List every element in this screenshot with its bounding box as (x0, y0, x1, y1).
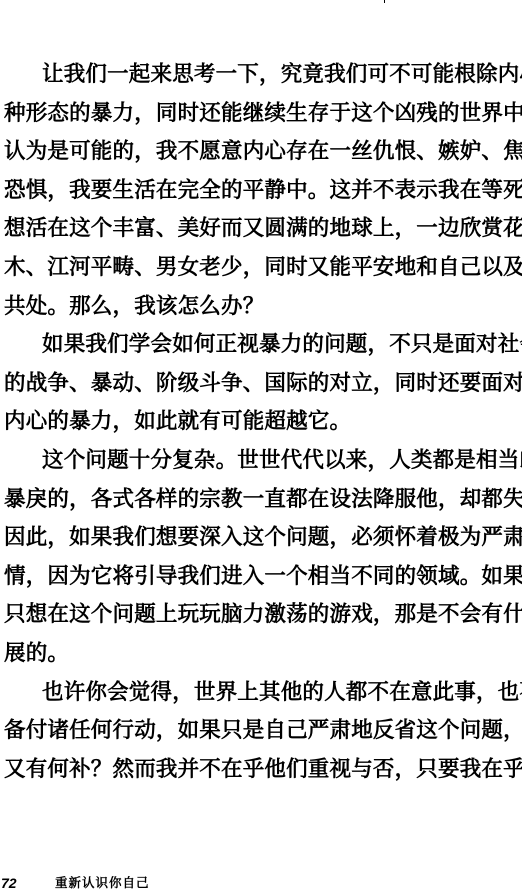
text-line: 如果我们学会如何正视暴力的问题，不只是面对社会上 (4, 326, 520, 365)
text-line: 这个问题十分复杂。世世代代以来，人类都是相当凶残 (4, 442, 520, 481)
text-line: 又有何补？然而我并不在乎他们重视与否，只要我在乎就已 (4, 751, 520, 790)
text-line: 木、江河平畴、男女老少，同时又能平安地和自己以及世界 (4, 249, 520, 288)
text-line: 只想在这个问题上玩玩脑力激荡的游戏，那是不会有什么进 (4, 596, 520, 635)
text-line: 让我们一起来思考一下，究竟我们可不可能根除内心各 (4, 56, 520, 95)
text-line: 情，因为它将引导我们进入一个相当不同的领域。如果我们 (4, 558, 520, 597)
page-footer: 72 重新认识你自己 (0, 874, 522, 892)
text-line: 暴戾的，各式各样的宗教一直都在设法降服他，却都失败了。 (4, 481, 520, 520)
text-line: 也许你会觉得，世界上其他的人都不在意此事，也不准 (4, 674, 520, 713)
text-line: 因此，如果我们想要深入这个问题，必须怀着极为严肃的心 (4, 519, 520, 558)
text-line: 内心的暴力，如此就有可能超越它。 (4, 403, 520, 442)
text-line: 恐惧，我要生活在完全的平静中。这并不表示我在等死，我 (4, 172, 520, 211)
text-line: 共处。那么，我该怎么办？ (4, 288, 520, 327)
page-number: 72 (1, 874, 17, 892)
text-line: 认为是可能的，我不愿意内心存在一丝仇恨、嫉妒、焦虑或 (4, 133, 520, 172)
text-line: 备付诸任何行动，如果只是自己严肃地反省这个问题，于事 (4, 712, 520, 751)
text-line: 种形态的暴力，同时还能继续生存于这个凶残的世界中。我 (4, 95, 520, 134)
scan-mark (384, 0, 385, 3)
text-line: 的战争、暴动、阶级斗争、国际的对立，同时还要面对我们 (4, 365, 520, 404)
body-text: 让我们一起来思考一下，究竟我们可不可能根除内心各 种形态的暴力，同时还能继续生存… (4, 56, 520, 789)
text-line: 展的。 (4, 635, 520, 674)
running-title: 重新认识你自己 (55, 874, 150, 892)
book-page: 让我们一起来思考一下，究竟我们可不可能根除内心各 种形态的暴力，同时还能继续生存… (0, 0, 522, 892)
text-line: 想活在这个丰富、美好而又圆满的地球上，一边欣赏花草树 (4, 210, 520, 249)
